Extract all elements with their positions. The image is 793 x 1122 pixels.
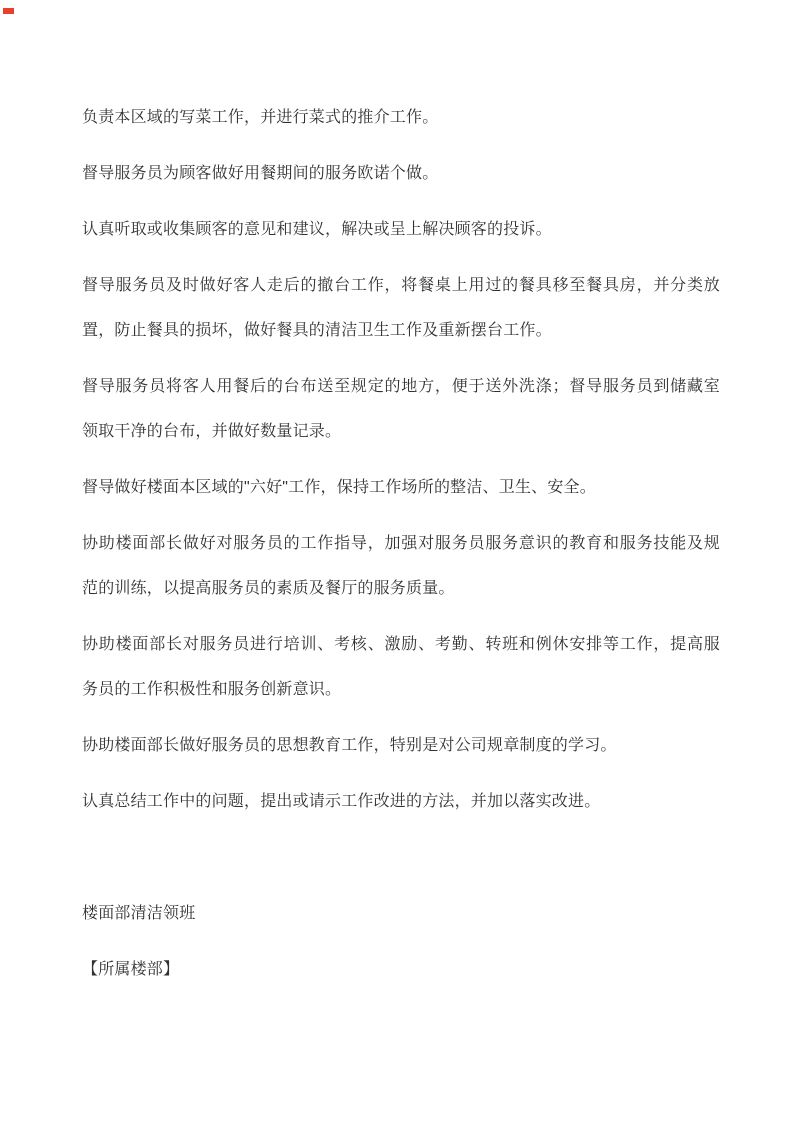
text-line: 协助楼面部长对服务员进行培训、考核、激励、考勤、转班和例休安排等工作，提高服 [82, 622, 720, 667]
text-line: 范的训练，以提高服务员的素质及餐厅的服务质量。 [82, 566, 720, 611]
paragraph: 协助楼面部长对服务员进行培训、考核、激励、考勤、转班和例休安排等工作，提高服务员… [82, 622, 720, 712]
paragraph: 协助楼面部长做好对服务员的工作指导，加强对服务员服务意识的教育和服务技能及规范的… [82, 521, 720, 611]
paragraph: 认真听取或收集顾客的意见和建议，解决或呈上解决顾客的投诉。 [82, 207, 720, 252]
text-line: 督导服务员及时做好客人走后的撤台工作，将餐桌上用过的餐具移至餐具房，并分类放 [82, 263, 720, 308]
text-line: 负责本区域的写菜工作，并进行菜式的推介工作。 [82, 95, 720, 140]
paragraph: 督导服务员及时做好客人走后的撤台工作，将餐桌上用过的餐具移至餐具房，并分类放置，… [82, 263, 720, 353]
paragraph: 认真总结工作中的问题，提出或请示工作改进的方法，并加以落实改进。 [82, 779, 720, 824]
text-line: 认真总结工作中的问题，提出或请示工作改进的方法，并加以落实改进。 [82, 779, 720, 824]
document-body: 负责本区域的写菜工作，并进行菜式的推介工作。督导服务员为顾客做好用餐期间的服务欧… [82, 95, 720, 1003]
text-line: 督导服务员为顾客做好用餐期间的服务欧诺个做。 [82, 151, 720, 196]
text-line: 督导做好楼面本区域的"六好"工作，保持工作场所的整洁、卫生、安全。 [82, 465, 720, 510]
text-line: 协助楼面部长做好对服务员的工作指导，加强对服务员服务意识的教育和服务技能及规 [82, 521, 720, 566]
text-line: 【所属楼部】 [82, 947, 720, 992]
text-line: 协助楼面部长做好服务员的思想教育工作，特别是对公司规章制度的学习。 [82, 723, 720, 768]
paragraph: 楼面部清洁领班 [82, 891, 720, 936]
text-line: 置，防止餐具的损坏，做好餐具的清洁卫生工作及重新摆台工作。 [82, 308, 720, 353]
text-line: 认真听取或收集顾客的意见和建议，解决或呈上解决顾客的投诉。 [82, 207, 720, 252]
paragraph: 督导服务员将客人用餐后的台布送至规定的地方，便于送外洗涤；督导服务员到储藏室领取… [82, 364, 720, 454]
text-line: 楼面部清洁领班 [82, 891, 720, 936]
paragraph: 督导做好楼面本区域的"六好"工作，保持工作场所的整洁、卫生、安全。 [82, 465, 720, 510]
paragraph: 督导服务员为顾客做好用餐期间的服务欧诺个做。 [82, 151, 720, 196]
paragraph: 【所属楼部】 [82, 947, 720, 992]
paragraph: 负责本区域的写菜工作，并进行菜式的推介工作。 [82, 95, 720, 140]
text-line: 督导服务员将客人用餐后的台布送至规定的地方，便于送外洗涤；督导服务员到储藏室 [82, 364, 720, 409]
text-line [82, 835, 720, 880]
document-page: 负责本区域的写菜工作，并进行菜式的推介工作。督导服务员为顾客做好用餐期间的服务欧… [0, 0, 793, 1122]
page-corner-marker [3, 8, 14, 14]
text-line: 领取干净的台布，并做好数量记录。 [82, 409, 720, 454]
text-line: 务员的工作积极性和服务创新意识。 [82, 667, 720, 712]
paragraph [82, 835, 720, 880]
paragraph: 协助楼面部长做好服务员的思想教育工作，特别是对公司规章制度的学习。 [82, 723, 720, 768]
